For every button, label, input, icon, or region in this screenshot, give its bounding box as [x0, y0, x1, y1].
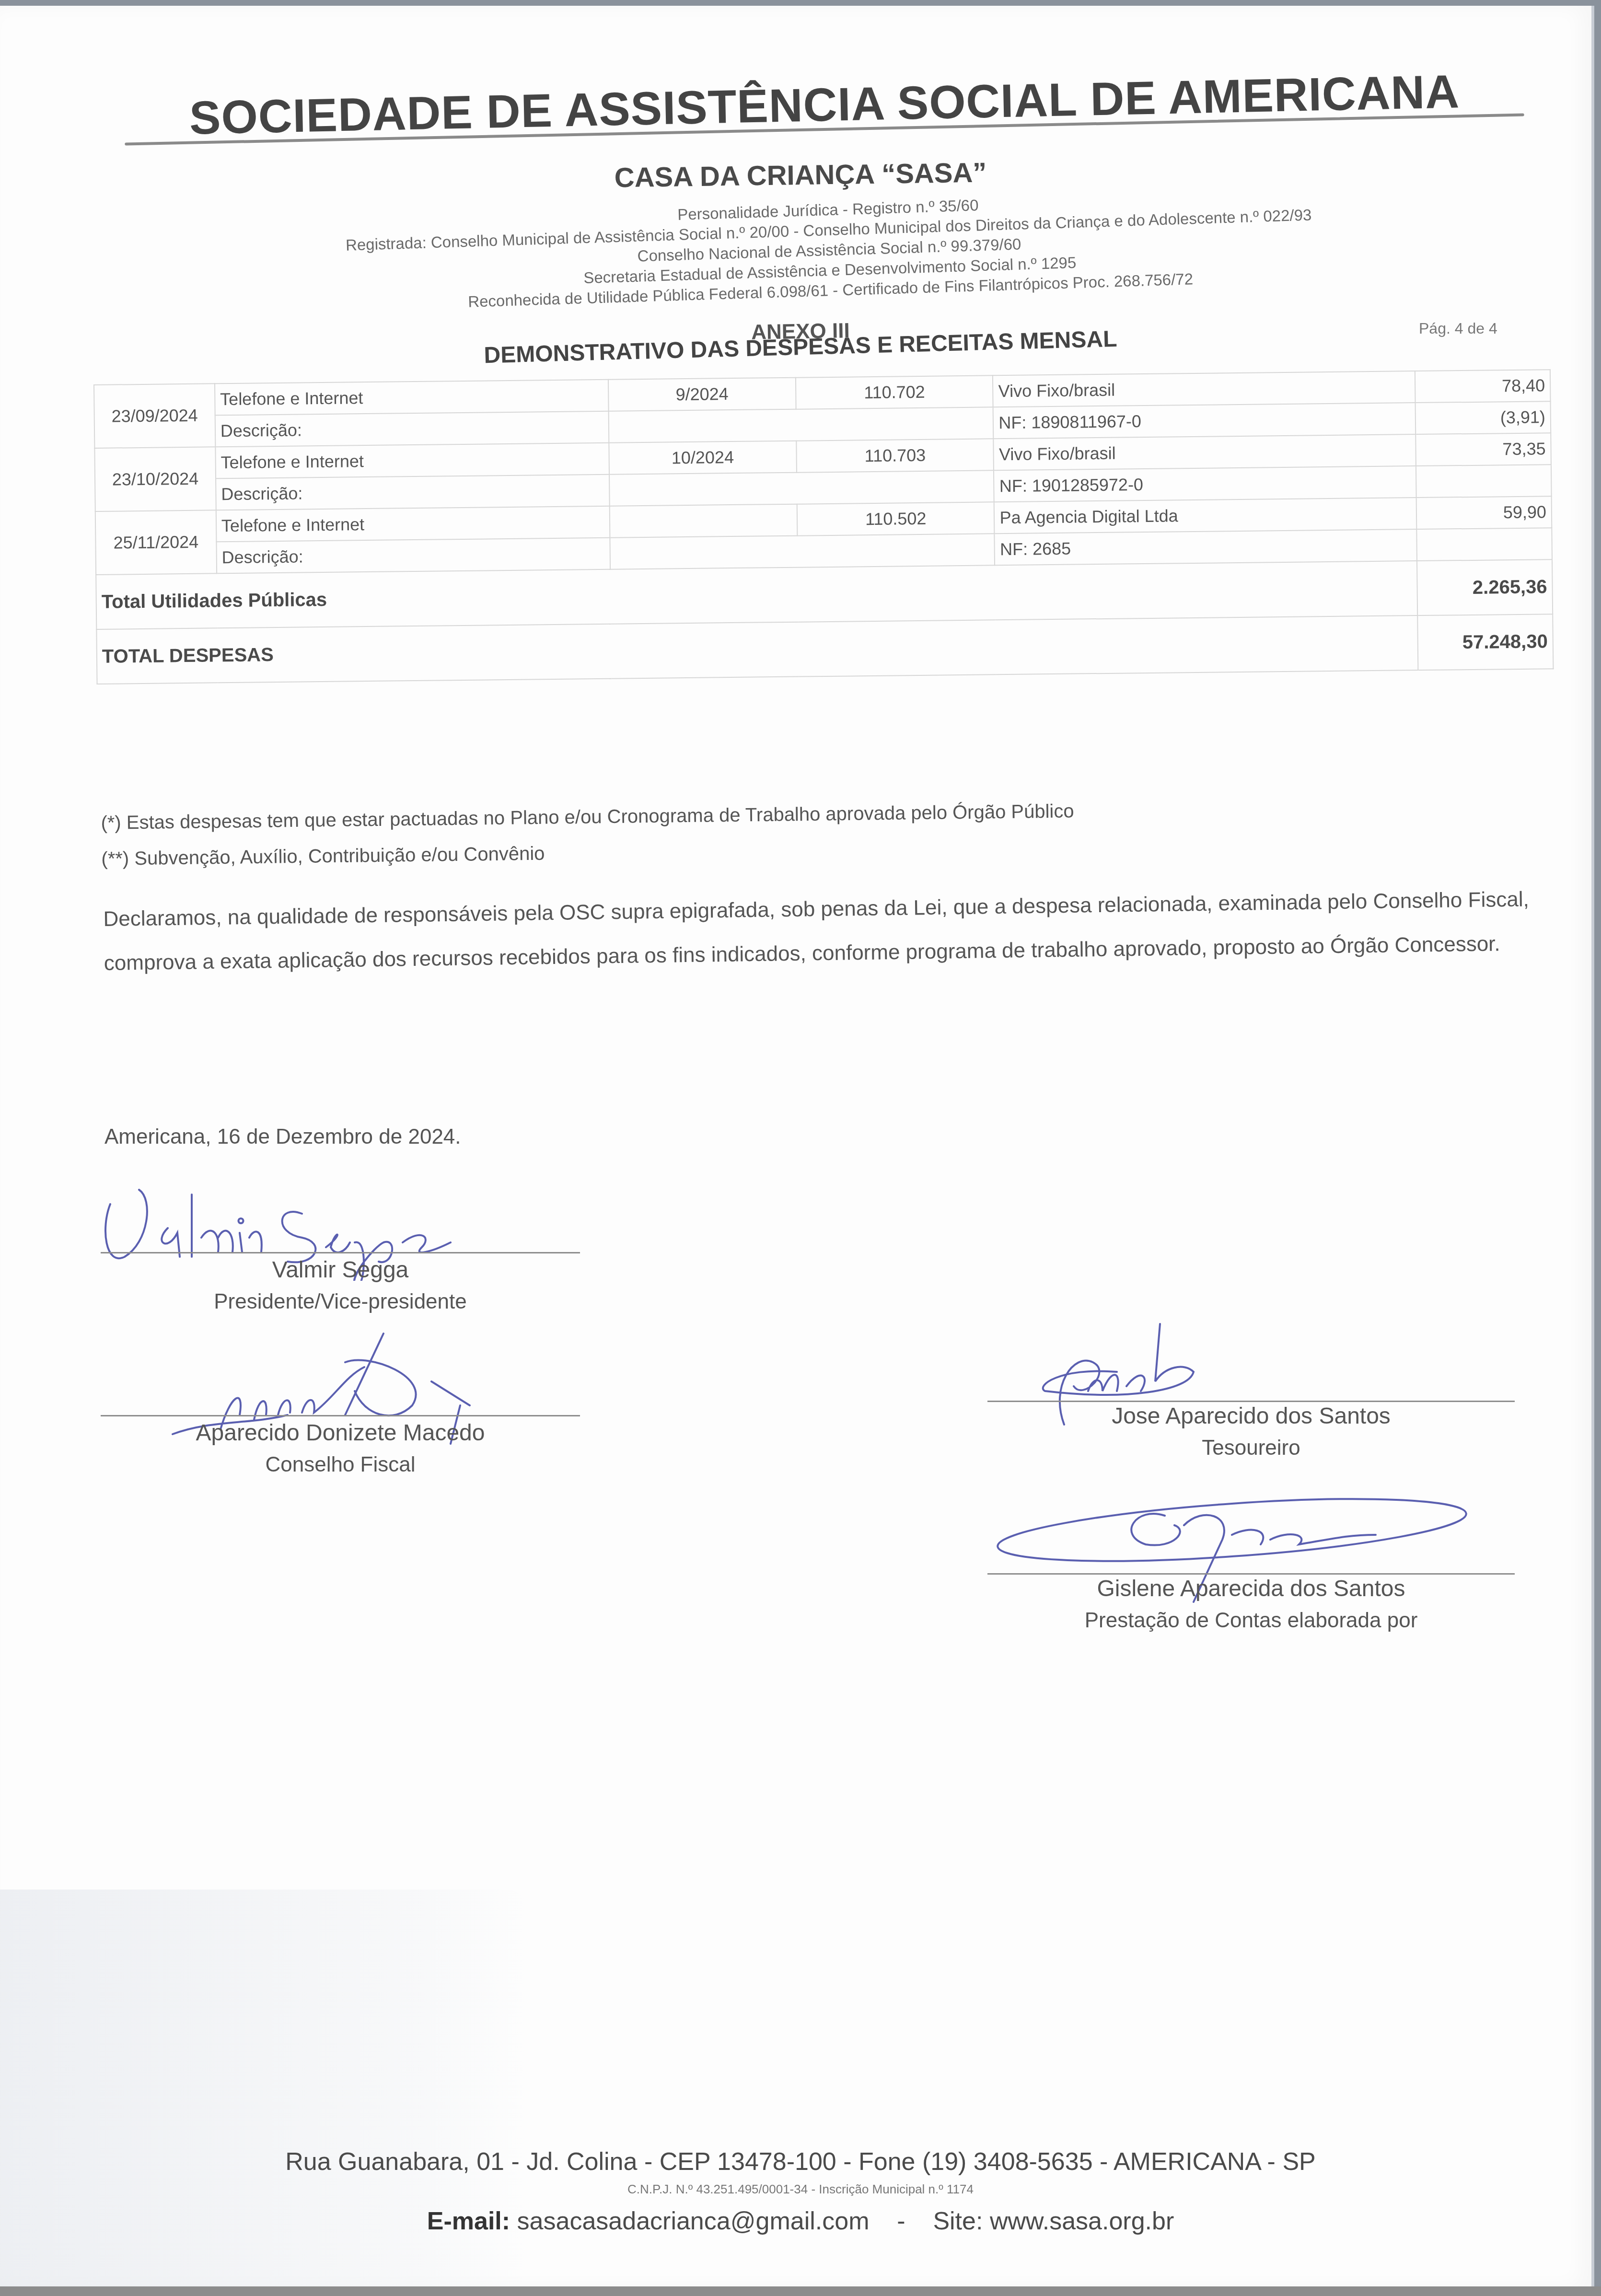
organization-name: SOCIEDADE DE ASSISTÊNCIA SOCIAL DE AMERI… [124, 63, 1525, 146]
signer-role: Tesoureiro [987, 1432, 1515, 1464]
expense-amount: 78,40 [1415, 370, 1551, 403]
signature-accounts-preparer: Gislene Aparecida dos Santos Prestação d… [987, 1573, 1515, 1636]
signature-president: Valmir Segga Presidente/Vice-presidente [101, 1254, 580, 1318]
signer-name: Jose Aparecido dos Santos [987, 1401, 1515, 1432]
signer-role: Prestação de Contas elaborada por [987, 1605, 1515, 1636]
email-link[interactable]: sasacasadacrianca@gmail.com [517, 2207, 870, 2235]
expense-supplier: Vivo Fixo/brasil [993, 371, 1415, 407]
expense-category: Telefone e Internet [215, 443, 609, 479]
document-page: SOCIEDADE DE ASSISTÊNCIA SOCIAL DE AMERI… [0, 6, 1594, 2287]
expense-supplier: Pa Agencia Digital Ltda [994, 498, 1416, 533]
expense-document-number: 110.702 [796, 375, 993, 409]
signature-line [101, 1252, 580, 1253]
expense-date: 25/11/2024 [95, 510, 217, 575]
signature-line [101, 1415, 580, 1416]
expenses-table-wrapper: 23/09/2024Telefone e Internet9/2024110.7… [93, 369, 1554, 684]
expense-adjustment: (3,91) [1415, 401, 1551, 434]
expense-description-label: Descrição: [216, 475, 609, 510]
expense-adjustment [1416, 528, 1552, 561]
footer-cnpj: C.N.P.J. N.º 43.251.495/0001-34 - Inscri… [0, 2182, 1601, 2197]
total-value: 57.248,30 [1417, 614, 1553, 670]
footer-separator: - [897, 2207, 905, 2235]
expense-amount: 73,35 [1415, 433, 1551, 466]
site-link[interactable]: www.sasa.org.br [990, 2207, 1174, 2235]
footnotes: (*) Estas despesas tem que estar pactuad… [101, 785, 1492, 873]
expense-competence [609, 504, 797, 538]
empty-cell [610, 533, 995, 569]
signer-role: Presidente/Vice-presidente [101, 1286, 580, 1318]
place-date: Americana, 16 de Dezembro de 2024. [104, 1125, 461, 1149]
site-label: Site: [933, 2207, 983, 2235]
expense-competence: 10/2024 [609, 441, 797, 475]
email-label: E-mail: [427, 2207, 510, 2235]
signer-name: Aparecido Donizete Macedo [101, 1417, 580, 1449]
expense-invoice: NF: 2685 [995, 529, 1417, 565]
expense-invoice: NF: 1901285972-0 [994, 466, 1416, 502]
signer-role: Conselho Fiscal [101, 1449, 580, 1481]
expense-competence: 9/2024 [608, 378, 796, 411]
empty-cell [609, 470, 995, 506]
scan-edge [0, 2286, 1601, 2296]
expense-adjustment [1416, 464, 1552, 498]
subtotal-value: 2.265,36 [1417, 559, 1553, 615]
registration-info: Personalidade Jurídica - Registro n.º 35… [205, 180, 1453, 320]
declaration-text: Declaramos, na qualidade de responsáveis… [103, 877, 1542, 986]
expense-date: 23/09/2024 [94, 383, 215, 448]
expense-document-number: 110.703 [796, 439, 994, 472]
expense-amount: 59,90 [1416, 496, 1552, 529]
footer-contact: E-mail: sasacasadacrianca@gmail.com - Si… [0, 2207, 1601, 2236]
expense-document-number: 110.502 [797, 502, 995, 535]
expense-category: Telefone e Internet [216, 506, 610, 542]
footer-address: Rua Guanabara, 01 - Jd. Colina - CEP 134… [0, 2147, 1601, 2176]
expense-supplier: Vivo Fixo/brasil [994, 434, 1416, 470]
expense-description-label: Descrição: [216, 538, 610, 574]
page-number: Pág. 4 de 4 [1419, 320, 1497, 337]
signer-name: Gislene Aparecida dos Santos [987, 1573, 1515, 1605]
signature-treasurer: Jose Aparecido dos Santos Tesoureiro [987, 1401, 1515, 1464]
empty-cell [608, 407, 994, 442]
expense-description-label: Descrição: [215, 411, 609, 447]
expense-invoice: NF: 1890811967-0 [993, 403, 1415, 439]
expense-category: Telefone e Internet [215, 380, 608, 416]
signature-fiscal-council: Aparecido Donizete Macedo Conselho Fisca… [101, 1417, 580, 1481]
expense-date: 23/10/2024 [94, 447, 216, 511]
expenses-table: 23/09/2024Telefone e Internet9/2024110.7… [93, 369, 1554, 684]
signer-name: Valmir Segga [101, 1254, 580, 1286]
